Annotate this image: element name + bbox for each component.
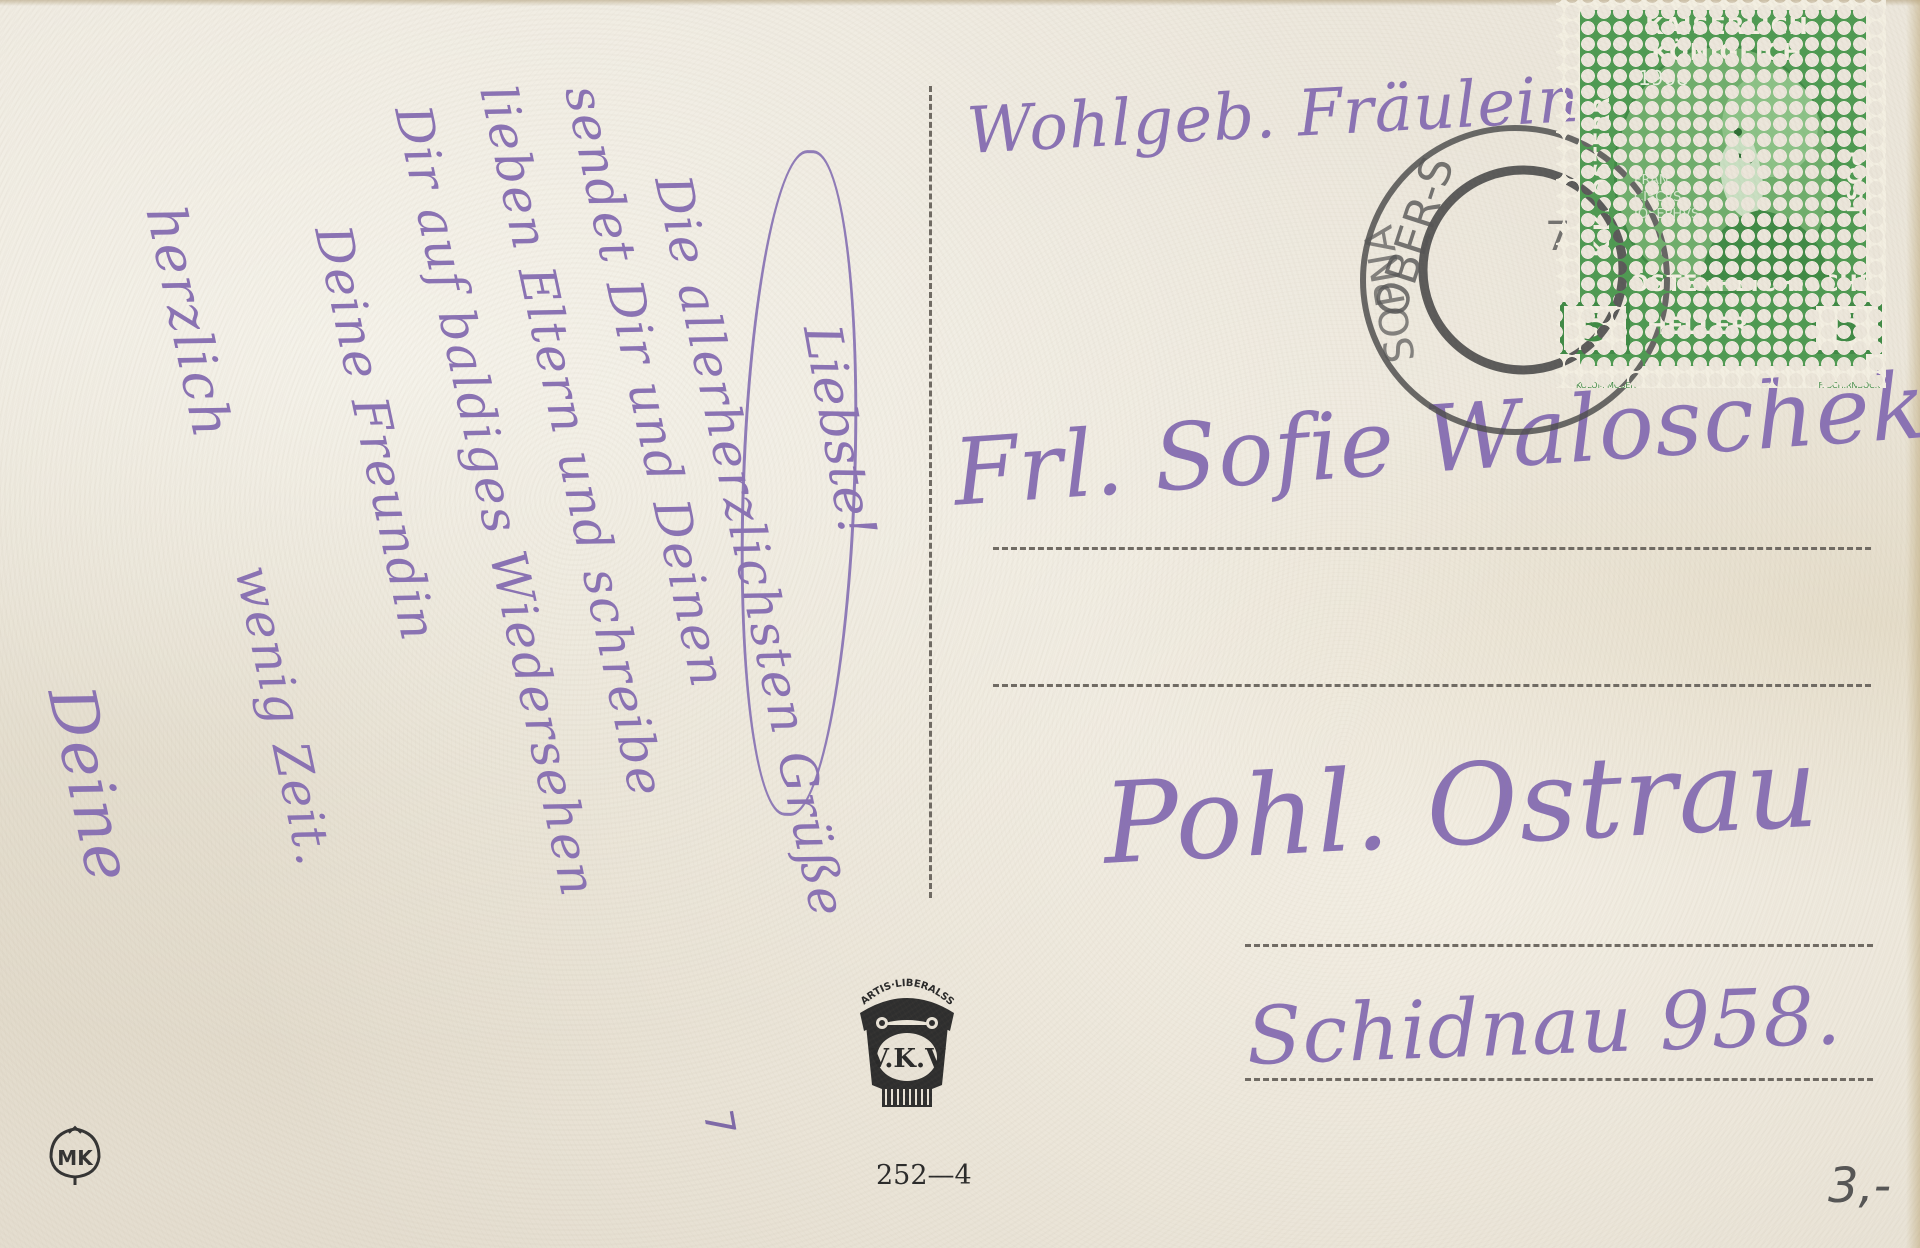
svg-text:V.K.V: V.K.V xyxy=(868,1044,946,1074)
stamp-value-left: 5 xyxy=(1560,302,1630,354)
recipient-city: Pohl. Ostrau xyxy=(1100,723,1822,890)
message-line: herzlich xyxy=(133,200,244,444)
aged-right-edge xyxy=(1906,0,1920,1248)
message-area: Liebste! Die allerherzlichsten Grüße sen… xyxy=(0,0,900,1248)
card-number: 252—4 xyxy=(876,1160,972,1191)
address-line-2 xyxy=(993,684,1871,687)
address-line-1 xyxy=(993,547,1871,550)
svg-text:OBER-S: OBER-S xyxy=(1365,151,1465,324)
stamp-latin-inscription: FRAN CISCVS IOSEPHVS xyxy=(1634,172,1699,223)
recipient-street: Schidnau 958. xyxy=(1245,969,1843,1083)
stamp-latin-line: IOSEPHVS xyxy=(1634,206,1699,223)
message-mark: 7 xyxy=(694,1106,744,1139)
svg-text:MK: MK xyxy=(57,1146,94,1170)
stamp-denomination: HELLER xyxy=(1642,312,1754,340)
stamp-left-text: K.K. ÖSTERR. xyxy=(1590,52,1614,292)
printer-logo-icon: MK xyxy=(43,1123,107,1187)
postcard-back: Liebste! Die allerherzlichsten Grüße sen… xyxy=(0,0,1920,1248)
message-signature: Deine xyxy=(33,680,147,890)
svg-text:SOPNA: SOPNA xyxy=(1355,221,1424,366)
publisher-logo-icon: ARTIS·LIBERALSS V.K.V xyxy=(852,965,962,1115)
pencil-price: 3,- xyxy=(1828,1158,1891,1214)
stamp-year: 1908 xyxy=(1638,66,1689,90)
postage-stamp: KAISERLICH KÖNIGLICH K.K. ÖSTERR. ÖSTERR… xyxy=(1556,0,1886,388)
emperor-portrait-icon xyxy=(1690,70,1830,280)
stamp-latin-line: FRAN xyxy=(1634,172,1699,189)
stamp-latin-line: CISCVS xyxy=(1634,189,1699,206)
address-line-3 xyxy=(1245,944,1873,947)
address-greeting: Wohlgeb. Fräulein xyxy=(965,63,1582,169)
stamp-right-text: ÖSTERREICHISCHE POST xyxy=(1842,64,1890,304)
stamp-value-right: 5 xyxy=(1812,302,1882,354)
stamp-top-text: KAISERLICH KÖNIGLICH xyxy=(1612,14,1842,66)
center-divider xyxy=(929,86,932,898)
message-line: wenig Zeit. xyxy=(223,560,344,872)
